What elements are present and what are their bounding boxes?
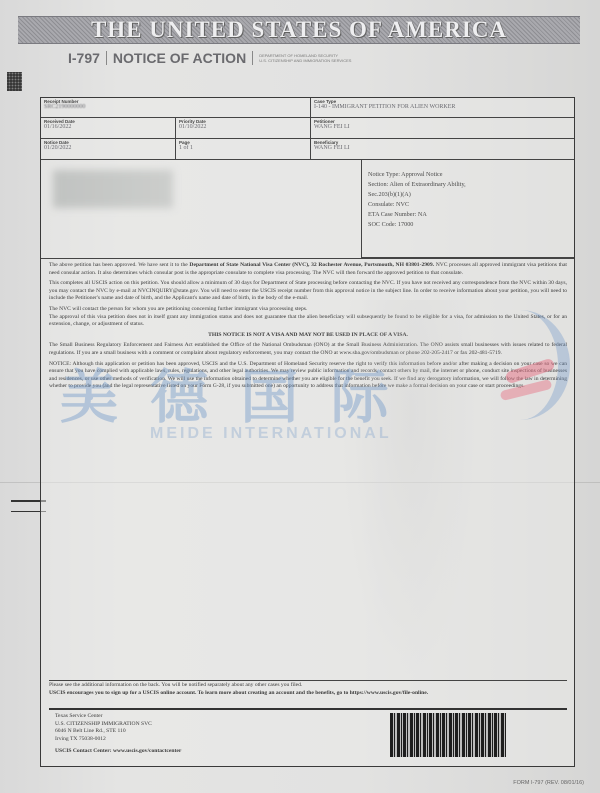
soc-code: SOC Code: 17000: [368, 220, 568, 230]
page-value: 1 of 1: [179, 145, 307, 151]
service-center-address: Texas Service Center U.S. CITIZENSHIP IM…: [55, 713, 152, 743]
section-divider: [41, 258, 574, 259]
section: Section: Alien of Extraordinary Ability,: [368, 180, 568, 190]
case-type-value: I-140 - IMMIGRANT PETITION FOR ALIEN WOR…: [314, 104, 571, 110]
agency-name: DEPARTMENT OF HOMELAND SECURITY U.S. CIT…: [259, 53, 351, 63]
statute: Sec.203(b)(1)(A): [368, 190, 568, 200]
notice-type: Notice Type: Approval Notice: [368, 170, 568, 180]
form-title: NOTICE OF ACTION: [113, 50, 246, 66]
priority-date-value: 01/10/2022: [179, 124, 307, 130]
office-name: Texas Service Center: [55, 713, 152, 721]
beneficiary-value: WANG FEI LI: [314, 145, 571, 151]
divider: [106, 51, 107, 65]
header-banner: THE UNITED STATES OF AMERICA: [18, 16, 580, 44]
consulate: Consulate: NVC: [368, 200, 568, 210]
office-line-4: Irving TX 75038-0012: [55, 736, 152, 744]
nvc-address: Department of State National Visa Center…: [189, 262, 434, 268]
beneficiary-cell: Beneficiary WANG FEI LI: [311, 139, 574, 160]
case-type-cell: Case Type I-140 - IMMIGRANT PETITION FOR…: [311, 98, 574, 118]
online-account-note: USCIS encourages you to sign up for a US…: [49, 690, 567, 697]
priority-date-cell: Priority Date 01/10/2022: [176, 118, 311, 139]
receipt-number-value: SRC2190000000: [44, 104, 307, 110]
petitioner-value: WANG FEI LI: [314, 124, 571, 130]
watermark-logo-icon: [470, 310, 570, 420]
form-header: I-797 NOTICE OF ACTION DEPARTMENT OF HOM…: [68, 50, 351, 66]
office-line-3: 6046 N Belt Line Rd., STE 110: [55, 728, 152, 736]
eta-case-number: ETA Case Number: NA: [368, 210, 568, 220]
paragraph-completion: This completes all USCIS action on this …: [49, 280, 567, 303]
watermark-text: 美 德 国 际: [60, 350, 395, 434]
office-line-2: U.S. CITIZENSHIP IMMIGRATION SVC: [55, 721, 152, 729]
divider: [49, 708, 567, 710]
p1-text: The above petition has been approved. We…: [49, 262, 189, 268]
form-revision: FORM I-797 (REV. 08/01/16): [513, 780, 584, 786]
form-number: I-797: [68, 50, 100, 66]
i797-document: THE UNITED STATES OF AMERICA I-797 NOTIC…: [0, 0, 600, 793]
notice-details-box: Notice Type: Approval Notice Section: Al…: [361, 160, 574, 258]
divider: [252, 51, 253, 65]
page-cell: Page 1 of 1: [176, 139, 311, 160]
paragraph-nvc-contact: The NVC will contact the person for whom…: [49, 306, 567, 314]
received-date-value: 01/16/2022: [44, 124, 172, 130]
agency-line-2: U.S. CITIZENSHIP AND IMMIGRATION SERVICE…: [259, 58, 351, 63]
notice-date-value: 01/20/2022: [44, 145, 172, 151]
additional-info-note: Please see the additional information on…: [49, 682, 567, 689]
paragraph-approval: The above petition has been approved. We…: [49, 262, 567, 277]
watermark-subtext: MEIDE INTERNATIONAL: [150, 425, 392, 443]
banner-title: THE UNITED STATES OF AMERICA: [91, 17, 507, 43]
divider: [49, 680, 567, 681]
notice-date-cell: Notice Date 01/20/2022: [41, 139, 176, 160]
redaction-blur: [53, 170, 173, 208]
contact-center: USCIS Contact Center: www.uscis.gov/cont…: [55, 748, 181, 754]
receipt-number-cell: Receipt Number SRC2190000000: [41, 98, 311, 118]
petitioner-cell: Petitioner WANG FEI LI: [311, 118, 574, 139]
received-date-cell: Received Date 01/16/2022: [41, 118, 176, 139]
barcode-icon: [390, 713, 506, 757]
qr-code-icon: [7, 72, 22, 91]
mailing-address-redacted: [43, 160, 363, 258]
